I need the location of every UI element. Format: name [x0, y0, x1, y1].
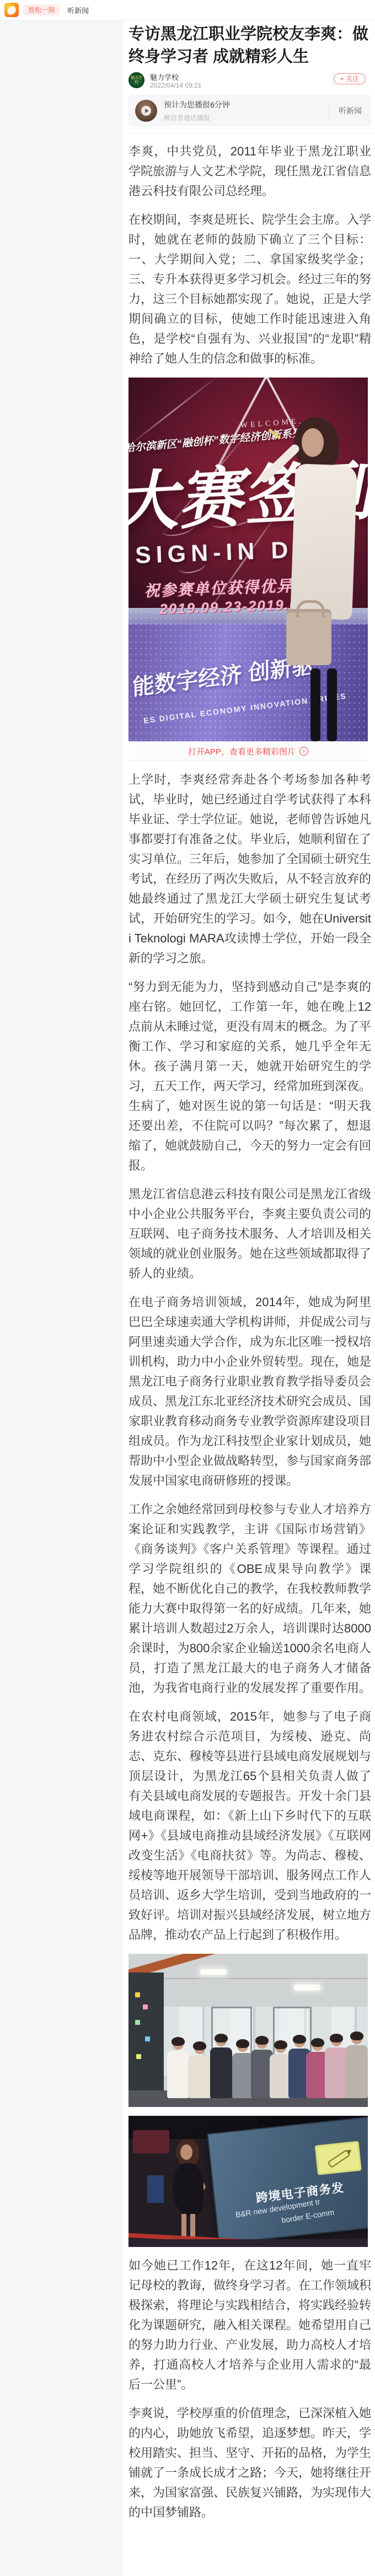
person [188, 2043, 211, 2098]
speaker-black-dress [173, 2163, 203, 2216]
pencil-icon [327, 2149, 350, 2168]
person [210, 2035, 232, 2098]
paragraph: 李爽说，学校厚重的价值理念，已深深植入她的内心，助她放飞希望，追逐梦想。昨天，学… [128, 2403, 371, 2523]
article-body: 李爽，中共党员，2011年毕业于黑龙江职业学院旅游与人文艺术学院，现任黑龙江省信… [128, 134, 371, 2523]
photo-sign-in-desk[interactable]: WELCOME. 哈尔滨新区“融创杯”数字经济创新系列大赛 大赛签到处 SIGN… [128, 378, 368, 741]
page-title: 专访黑龙江职业学院校友李爽：做终身学习者 成就精彩人生 [128, 23, 371, 68]
person [325, 2035, 348, 2098]
play-icon[interactable] [141, 106, 151, 116]
chevron-right-circle-icon[interactable]: › [299, 747, 308, 756]
ceiling-light [200, 1969, 227, 1975]
paragraph: “努力到无能为力，坚持到感动自己”是李爽的座右铭。她回忆，工作第一年，她在晚上1… [128, 977, 371, 1176]
paragraph: 上学时，李爽经常奔赴各个考场参加各种考试，毕业时，她已经通过自学考试获得了本科毕… [128, 770, 371, 968]
wall-note [143, 2004, 148, 2009]
audio-narrator-avatar[interactable] [135, 100, 157, 122]
author-avatar[interactable]: 魅力学校 [128, 72, 144, 88]
publish-date: 2022/04/14 09:21 [150, 82, 201, 89]
paragraph: 在校期间，李爽是班长、院学生会主席。入学时，她就在老师的鼓励下确立了三个目标：一… [128, 210, 371, 369]
woman-leg [327, 669, 337, 741]
speaker-leg [190, 2214, 195, 2239]
paragraph: 如今她已工作12年，在这12年间，她一直牢记母校的教诲，做终身学习者。在工作领域… [128, 2256, 371, 2395]
slide-icon-box [315, 2141, 362, 2175]
audio-player-card[interactable]: 预计为您播报6分钟 柳岩普通话播报 听新闻 [128, 95, 371, 126]
nav-tag-relax[interactable]: 放松一刻 [23, 4, 60, 15]
top-nav-bar: 放松一刻 听新闻 [0, 0, 375, 20]
paragraph: 李爽，中共党员，2011年毕业于黑龙江职业学院旅游与人文艺术学院，现任黑龙江省信… [128, 142, 371, 201]
open-app-label[interactable]: 打开APP，查看更多精彩图片 [188, 746, 296, 757]
paragraph: 黑龙江省信息港云科技有限公司是黑龙江省级中小企业公共服务平台，李爽主要负责公司的… [128, 1184, 371, 1284]
woman-leg [310, 669, 320, 741]
photo2-ceiling-line [128, 1978, 368, 1979]
paragraph: 工作之余她经常回到母校参与专业人才培养方案论证和实践教学，主讲《国际市场营销》《… [128, 1500, 371, 1698]
presentation-screen: 跨境电子商务发 B&R new development tr border E-… [207, 2116, 368, 2244]
sohu-logo-icon[interactable] [4, 3, 19, 17]
photo-presentation[interactable]: 跨境电子商务发 B&R new development tr border E-… [128, 2116, 368, 2247]
listen-news-button[interactable]: 听新闻 [329, 105, 371, 116]
photo3-floor [128, 2239, 368, 2247]
woman-handbag [286, 609, 331, 665]
wall-note [135, 2020, 140, 2025]
paragraph: 在农村电商领域，2015年，她参与了电子商务进农村综合示范项目，为绥棱、逊克、尚… [128, 1707, 371, 1945]
person [346, 2033, 368, 2098]
photo-office-visit[interactable] [128, 1954, 368, 2107]
page: 放松一刻 听新闻 专访黑龙江职业学院校友李爽：做终身学习者 成就精彩人生 魅力学… [0, 0, 375, 2576]
woman-face [302, 428, 324, 457]
wall-note [145, 2036, 150, 2041]
person [232, 2041, 253, 2098]
nav-listen-news[interactable]: 听新闻 [67, 5, 89, 15]
article-card: 专访黑龙江职业学院校友李爽：做终身学习者 成就精彩人生 魅力学校 魅力学校 20… [122, 20, 375, 2576]
wall-note [136, 2054, 141, 2059]
follow-button[interactable]: + 关注 [334, 73, 366, 84]
photo3-red-banner [133, 2130, 169, 2153]
woman-white-coat [290, 464, 357, 620]
author-row: 魅力学校 魅力学校 2022/04/14 09:21 + 关注 [128, 71, 371, 90]
ceiling-light [294, 1985, 320, 1990]
audio-duration-text: 预计为您播报6分钟 [164, 99, 230, 110]
photo3-blue-sign [147, 2175, 164, 2203]
speaker-face [180, 2144, 192, 2160]
person [167, 2039, 189, 2098]
wall-note [135, 1992, 140, 1997]
author-name[interactable]: 魅力学校 [150, 72, 179, 82]
paragraph: 在电子商务培训领域，2014年，她成为阿里巴巴全球速卖通大学机构讲师，并促成公司… [128, 1292, 371, 1491]
audio-voice-text: 柳岩普通话播报 [164, 113, 230, 122]
open-app-bar[interactable]: 打开APP，查看更多精彩图片 › [128, 741, 368, 761]
